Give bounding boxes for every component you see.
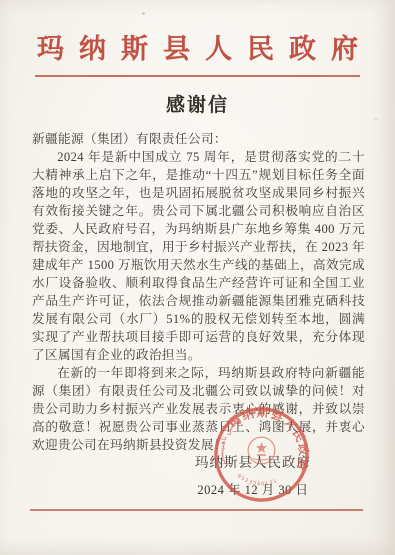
signature-date: 2024 年 12 月 30 日 xyxy=(195,480,311,498)
scan-speck xyxy=(142,12,145,15)
letterhead-rule xyxy=(35,75,360,77)
scan-speck xyxy=(374,118,378,120)
signature-block: 玛纳斯县人民政府 2024 年 12 月 30 日 xyxy=(195,451,311,498)
footer-rule xyxy=(30,509,363,511)
salutation: 新疆能源（集团）有限责任公司： xyxy=(32,130,365,148)
signature-org: 玛纳斯县人民政府 xyxy=(195,451,311,471)
paragraph-2: 在新的一年即将到来之际，玛纳斯县政府特向新疆能源（集团）有限责任公司及北疆公司致… xyxy=(32,364,365,454)
letter-body: 新疆能源（集团）有限责任公司： 2024 年是新中国成立 75 周年，是贯彻落实… xyxy=(32,130,365,454)
letterhead-org: 玛纳斯县人民政府 xyxy=(0,0,395,66)
letter-page: 玛纳斯县人民政府 感谢信 新疆能源（集团）有限责任公司： 2024 年是新中国成… xyxy=(0,0,395,555)
paragraph-1: 2024 年是新中国成立 75 周年，是贯彻落实党的二十大精神承上启下之年，是推… xyxy=(32,148,365,364)
letter-title: 感谢信 xyxy=(0,90,395,117)
